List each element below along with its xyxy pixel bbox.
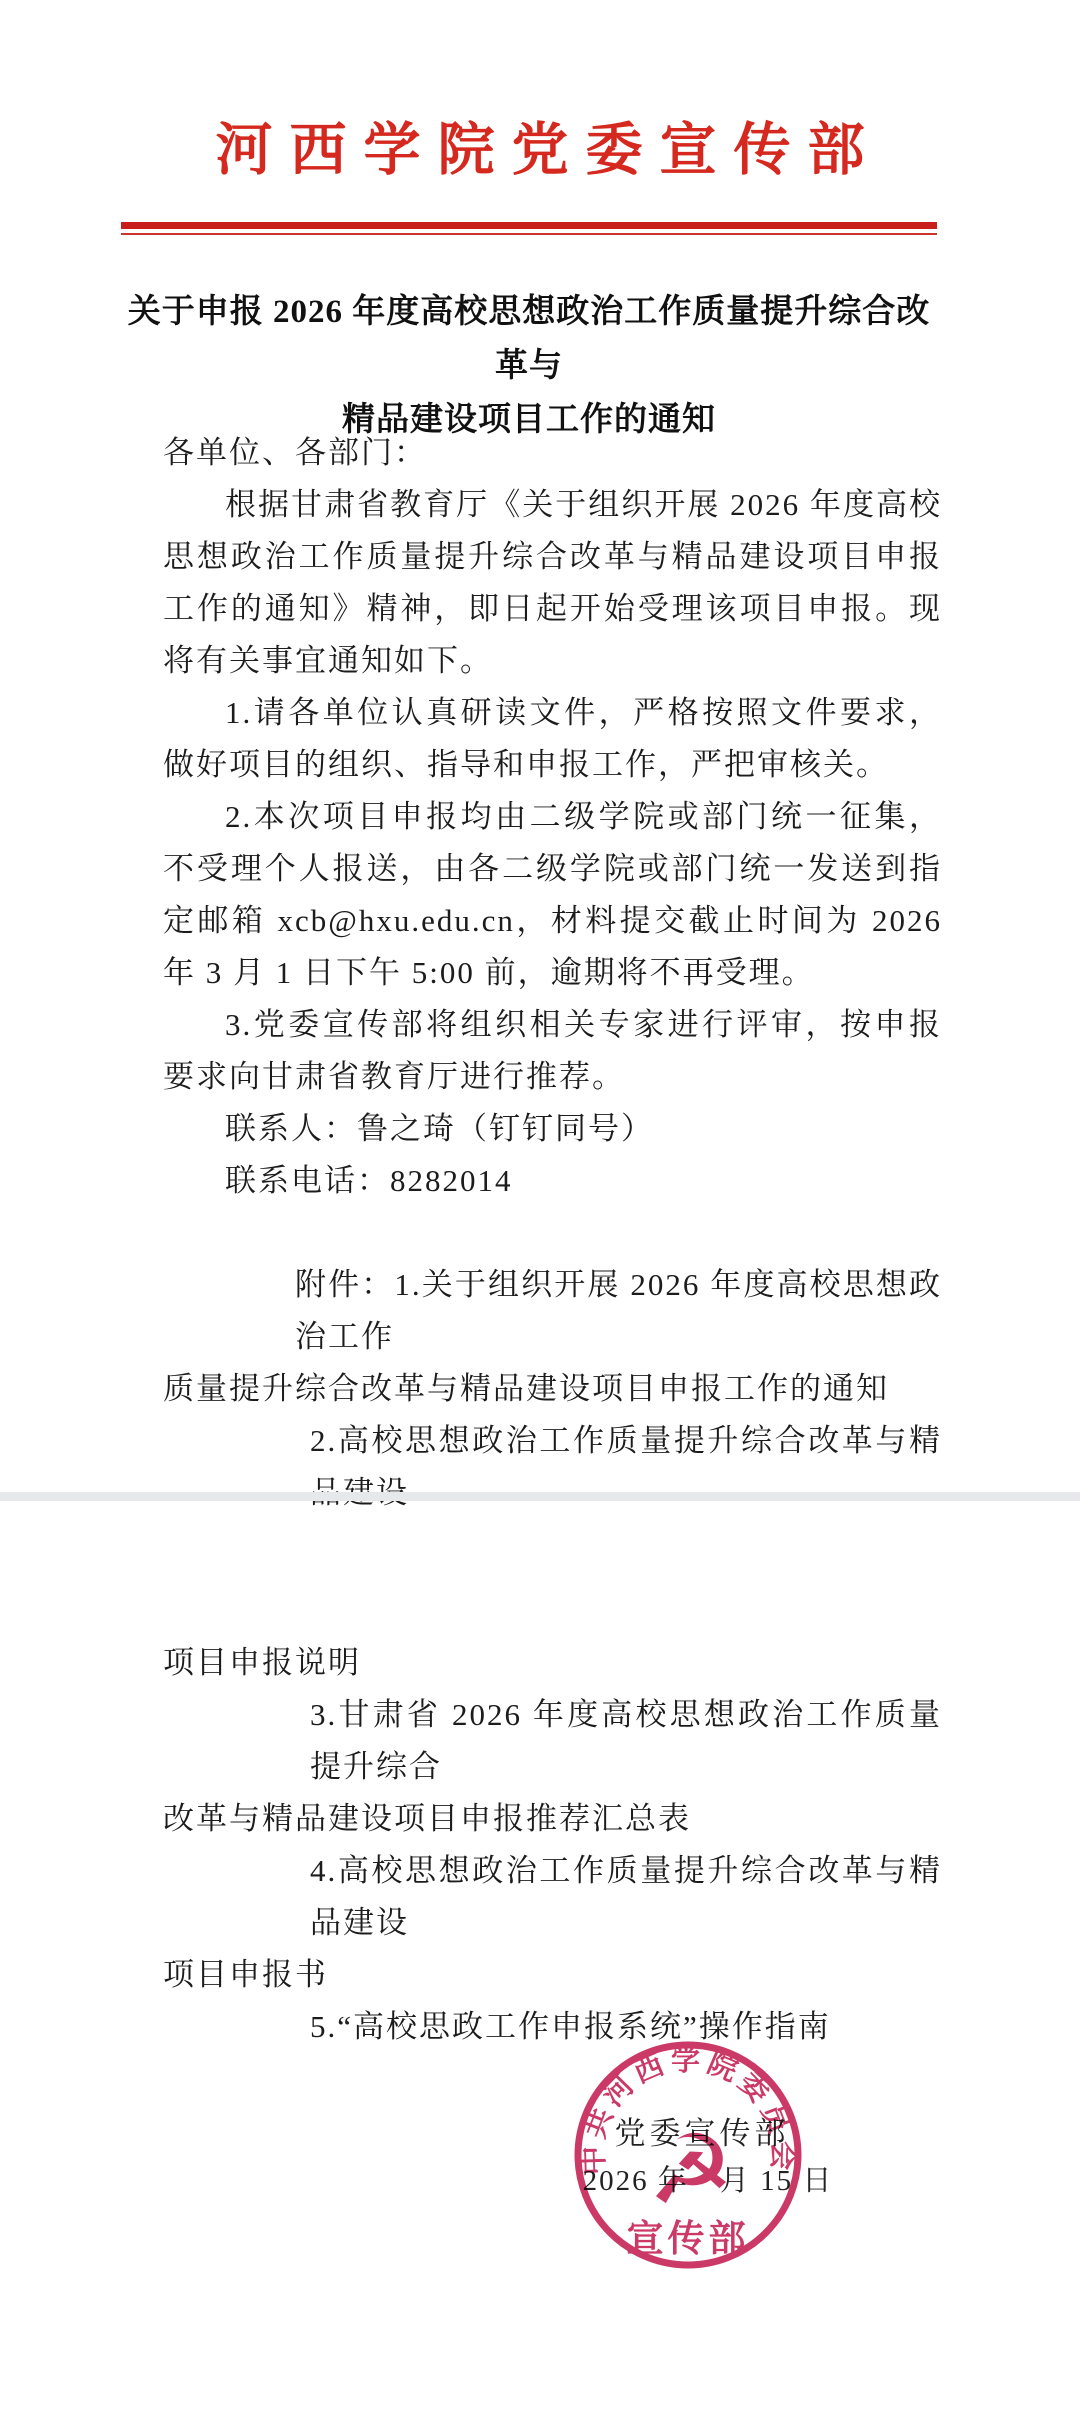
attachment-line-2: 质量提升综合改革与精品建设项目申报工作的通知 [163,1363,942,1415]
attachment-line-1: 附件：1.关于组织开展 2026 年度高校思想政治工作 [163,1259,942,1363]
attachment-cont-line-1: 项目申报说明 [163,1637,942,1689]
attachments-block: 附件：1.关于组织开展 2026 年度高校思想政治工作 质量提升综合改革与精品建… [163,1259,942,1519]
attachment-cont-line-6: 5.“高校思政工作申报系统”操作指南 [163,2001,942,2053]
paragraph-item-3: 3.党委宣传部将组织相关专家进行评审，按申报要求向甘肃省教育厅进行推荐。 [163,999,942,1103]
red-separator-rule [121,222,937,235]
document-title: 关于申报 2026 年度高校思想政治工作质量提升综合改革与 精品建设项目工作的通… [121,285,937,447]
attachment-line-3: 2.高校思想政治工作质量提升综合改革与精品建设 [163,1415,942,1519]
stamp-bottom-text: 宣传部 [627,2218,750,2260]
official-seal-stamp: 中共河西学院委员会 ☭ 宣传部 [574,2041,802,2269]
rule-thin-line [121,233,937,235]
contact-phone-line: 联系电话：8282014 [163,1155,942,1207]
salutation: 各单位、各部门： [163,427,942,479]
document-page: 河西学院党委宣传部 关于申报 2026 年度高校思想政治工作质量提升综合改革与 … [0,0,1080,2428]
attachment-cont-line-3: 改革与精品建设项目申报推荐汇总表 [163,1793,942,1845]
paragraph-item-1: 1.请各单位认真研读文件，严格按照文件要求，做好项目的组织、指导和申报工作，严把… [163,687,942,791]
attachment-cont-line-4: 4.高校思想政治工作质量提升综合改革与精品建设 [163,1845,942,1949]
paragraph-basis: 根据甘肃省教育厅《关于组织开展 2026 年度高校思想政治工作质量提升综合改革与… [163,479,942,687]
document-title-line1: 关于申报 2026 年度高校思想政治工作质量提升综合改革与 [121,285,937,393]
attachment-cont-line-5: 项目申报书 [163,1949,942,2001]
rule-thick-line [121,222,937,229]
page-break-band [0,1492,1080,1501]
paragraph-item-2: 2.本次项目申报均由二级学院或部门统一征集，不受理个人报送，由各二级学院或部门统… [163,791,942,999]
document-body: 各单位、各部门： 根据甘肃省教育厅《关于组织开展 2026 年度高校思想政治工作… [163,427,942,1519]
attachments-continued-block: 项目申报说明 3.甘肃省 2026 年度高校思想政治工作质量提升综合 改革与精品… [163,1637,942,2053]
letterhead-department-title: 河西学院党委宣传部 [0,104,1080,186]
attachment-cont-line-2: 3.甘肃省 2026 年度高校思想政治工作质量提升综合 [163,1689,942,1793]
contact-person-line: 联系人：鲁之琦（钉钉同号） [163,1103,942,1155]
hammer-sickle-icon: ☭ [648,2114,734,2226]
